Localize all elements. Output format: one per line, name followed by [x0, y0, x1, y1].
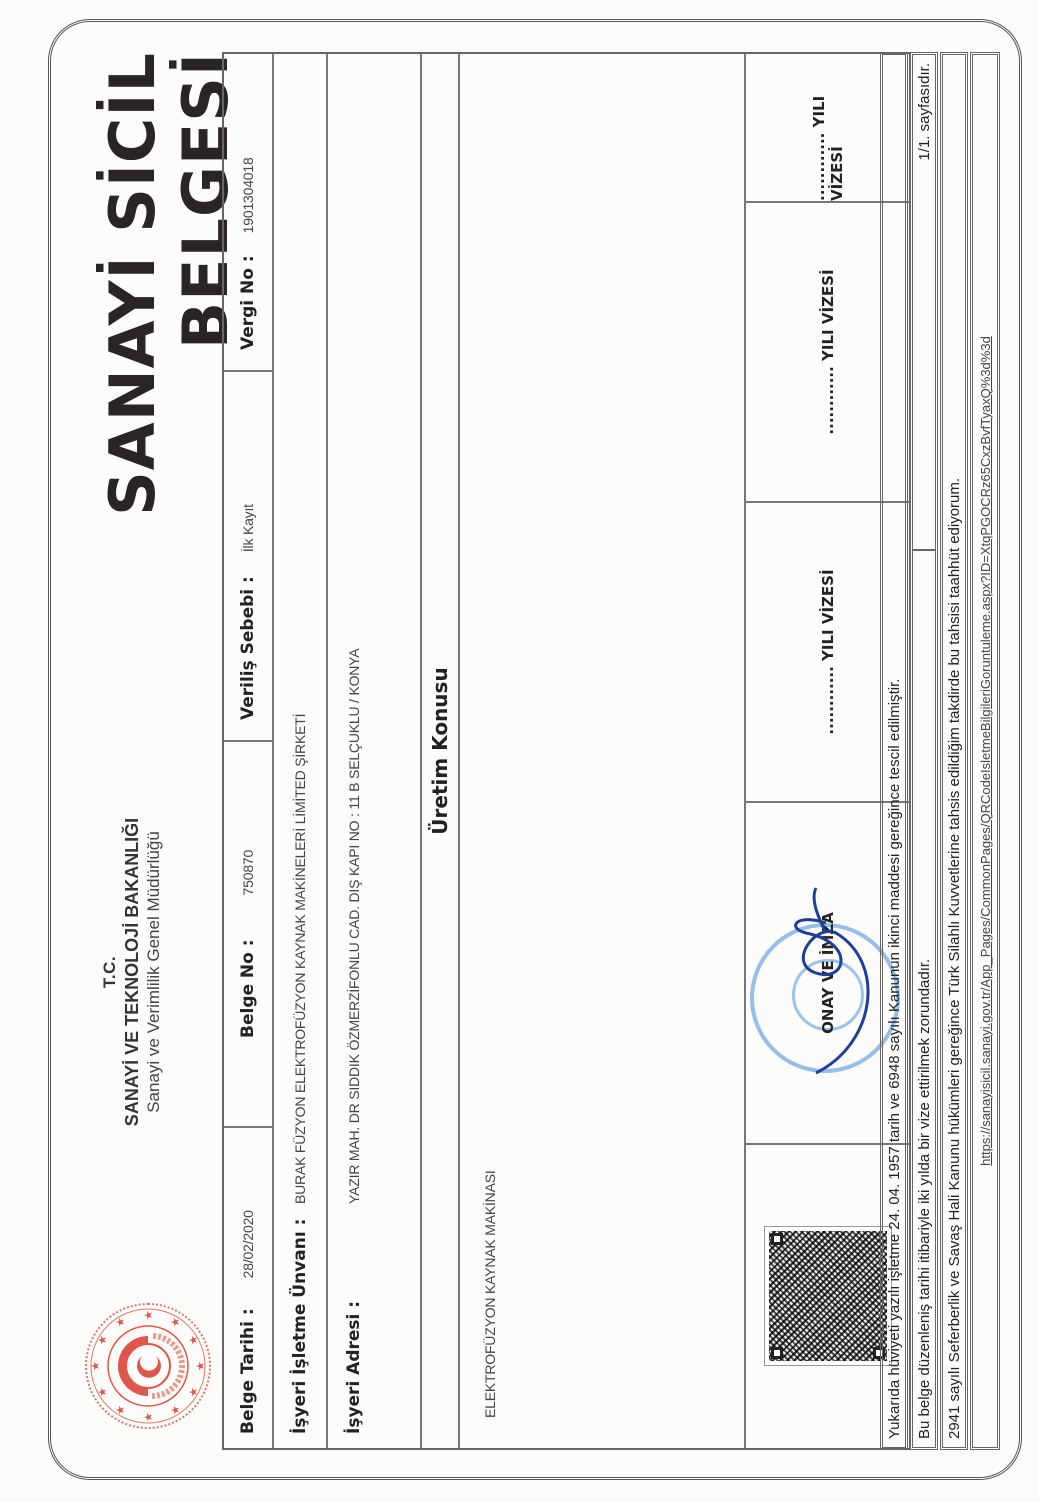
- svg-text:★: ★: [114, 1317, 127, 1327]
- belge-no-cell: Belge No : 750870: [224, 740, 272, 1126]
- directorate-name: Sanayi ve Verimlilik Genel Müdürlüğü: [144, 732, 164, 1212]
- footer-line-2: Bu belge düzenleniş tarihi itibariyle ik…: [910, 52, 938, 1450]
- info-table: Belge Tarihi : 28/02/2020 Belge No : 750…: [222, 52, 911, 1450]
- signature-icon: [756, 883, 896, 1083]
- ministry-name: SANAYİ VE TEKNOLOJİ BAKANLIĞI: [122, 732, 143, 1212]
- table-row: İşyeri İşletme Ünvanı : BURAK FÜZYON ELE…: [274, 54, 328, 1448]
- adres-label: İşyeri Adresi :: [344, 1204, 364, 1434]
- footer-url-row: https://sanayisicil.sanayi.gov.tr/App_Pa…: [970, 52, 1000, 1450]
- unvan-value: BURAK FÜZYON ELEKTROFÜZYON KAYNAK MAKİNE…: [292, 714, 308, 1204]
- svg-text:★: ★: [194, 1361, 207, 1371]
- verilis-sebebi-value: İlk Kayıt: [240, 504, 256, 552]
- vize-label: ............ YILI VİZESİ: [810, 54, 846, 201]
- svg-text:★: ★: [187, 1387, 200, 1397]
- vize-note: Bu belge düzenleniş tarihi itibariyle ik…: [916, 551, 933, 1439]
- verilis-sebebi-label: Veriliş Sebebi :: [238, 576, 258, 720]
- unvan-label: İşyeri İşletme Ünvanı :: [290, 1204, 310, 1434]
- table-row: İşyeri Adresi : YAZIR MAH. DR SIDDIK ÖZM…: [328, 54, 422, 1448]
- svg-text:★: ★: [142, 1310, 155, 1320]
- svg-text:★: ★: [114, 1405, 127, 1415]
- ministry-emblem-icon: ★★★ ★★★ ★★★ ★★★: [82, 1300, 214, 1432]
- svg-text:★: ★: [169, 1317, 182, 1327]
- belge-tarihi-cell: Belge Tarihi : 28/02/2020: [224, 1126, 272, 1448]
- belge-no-value: 750870: [240, 850, 256, 896]
- table-row: Üretim Konusu: [422, 54, 460, 1448]
- svg-text:★: ★: [187, 1335, 200, 1345]
- belge-tarihi-value: 28/02/2020: [240, 1210, 256, 1278]
- vize-label: ............ YILI VİZESİ: [819, 269, 837, 434]
- svg-text:★: ★: [89, 1361, 102, 1371]
- svg-text:★: ★: [96, 1387, 109, 1397]
- svg-text:★: ★: [142, 1412, 155, 1422]
- vize-label: ............ YILI VİZESİ: [819, 569, 837, 734]
- adres-value: YAZIR MAH. DR SIDDIK ÖZMERZİFONLU CAD. D…: [346, 649, 362, 1204]
- sanayi-sicil-belgesi-document: ★★★ ★★★ ★★★ ★★★ T.C. SANAYİ VE TEKNOLOJİ…: [0, 0, 1039, 1502]
- production-item: ELEKTROFÜZYON KAYNAK MAKİNASI: [482, 1170, 498, 1418]
- table-row: ELEKTROFÜZYON KAYNAK MAKİNASI: [460, 54, 746, 1448]
- qr-code-icon[interactable]: [765, 1228, 891, 1366]
- vergi-no-label: Vergi No :: [238, 255, 258, 350]
- footer-line-1: Yukarıda hüviyeti yazılı işletme 24. 04.…: [880, 52, 908, 1450]
- belge-no-label: Belge No :: [238, 939, 258, 1038]
- belge-tarihi-label: Belge Tarihi :: [238, 1308, 258, 1434]
- svg-text:★: ★: [169, 1405, 182, 1415]
- verification-url[interactable]: https://sanayisicil.sanayi.gov.tr/App_Pa…: [978, 336, 993, 1166]
- table-row: Belge Tarihi : 28/02/2020 Belge No : 750…: [224, 54, 274, 1448]
- verilis-sebebi-cell: Veriliş Sebebi : İlk Kayıt: [224, 370, 272, 740]
- footer-line-3: 2941 sayılı Seferberlik ve Savaş Hali Ka…: [940, 52, 968, 1450]
- document-title: SANAYİ SİCİL BELGESİ: [96, 52, 242, 682]
- vergi-no-value: 1901304018: [240, 157, 256, 233]
- country-label: T.C.: [100, 732, 120, 1212]
- ministry-header: T.C. SANAYİ VE TEKNOLOJİ BAKANLIĞI Sanay…: [100, 732, 164, 1212]
- production-title: Üretim Konusu: [428, 667, 452, 834]
- vergi-no-cell: Vergi No : 1901304018: [224, 54, 272, 370]
- svg-text:★: ★: [96, 1335, 109, 1345]
- mobilization-note: 2941 sayılı Seferberlik ve Savaş Hali Ka…: [946, 478, 963, 1439]
- page-number: 1/1. sayfasıdır.: [913, 55, 935, 551]
